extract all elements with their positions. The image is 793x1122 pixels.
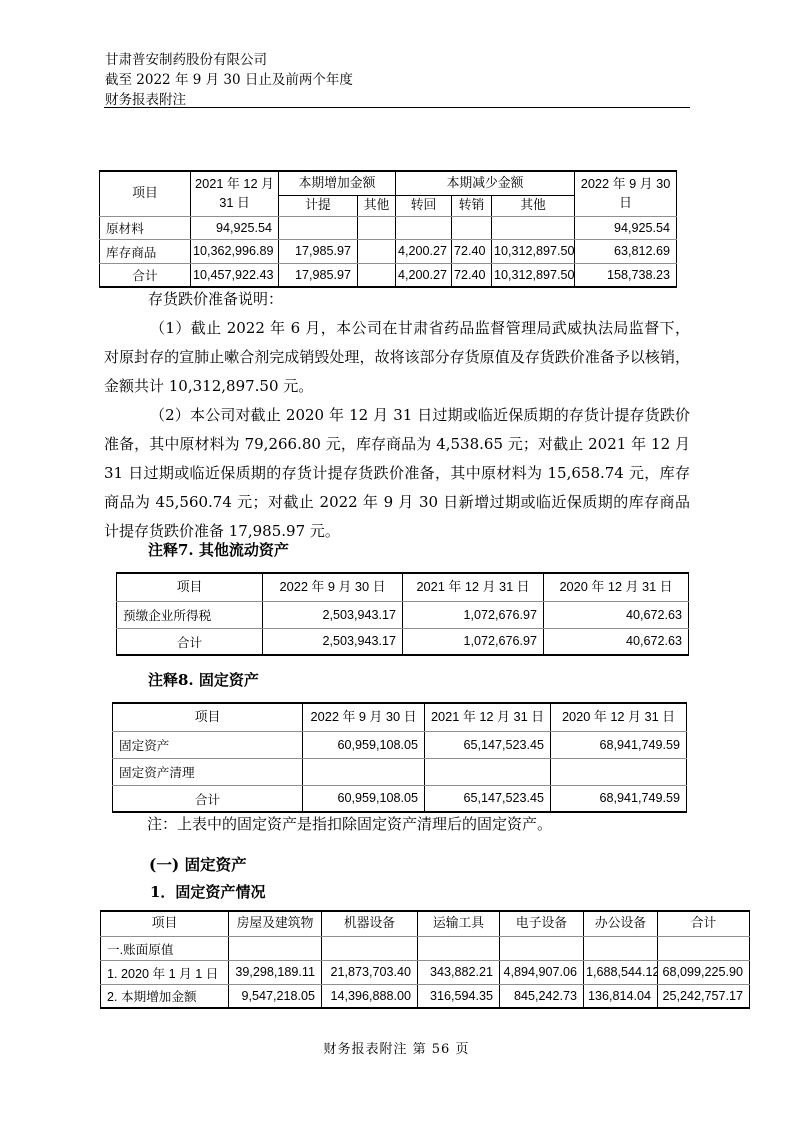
table-cell: 1,688,544.12: [584, 960, 658, 984]
table-cell: 10,457,922.43: [191, 263, 279, 287]
report-period: 截至 2022 年 9 月 30 日止及前两个年度: [105, 70, 353, 90]
column-header-accrual: 计提: [279, 195, 358, 216]
table-cell: [584, 936, 658, 960]
table-cell: 316,594.35: [418, 984, 500, 1008]
table-cell: 17,985.97: [279, 263, 358, 287]
table-header-row: 项目 2022 年 9 月 30 日 2021 年 12 月 31 日 2020…: [113, 703, 687, 731]
table-row: 原材料 94,925.54 94,925.54: [100, 216, 677, 240]
table-cell: [492, 216, 575, 240]
table-cell: 10,312,897.50: [492, 263, 575, 287]
fixed-assets-section-title: (一) 固定资产: [149, 855, 247, 875]
provision-note-1: （1）截止 2022 年 6 月，本公司在甘肃省药品监督管理局武威执法局监督下，…: [104, 314, 690, 401]
column-header: 2020 年 12 月 31 日: [551, 703, 687, 731]
column-header: 房屋及建筑物: [229, 911, 322, 936]
note7-title: 注释7. 其他流动资产: [148, 540, 289, 560]
table-cell: [452, 216, 492, 240]
column-header-item: 项目: [100, 171, 191, 216]
table-cell: 158,738.23: [575, 263, 677, 287]
provision-notes: 存货跌价准备说明： （1）截止 2022 年 6 月，本公司在甘肃省药品监督管理…: [104, 285, 690, 546]
table-row: 预缴企业所得税 2,503,943.17 1,072,676.97 40,672…: [117, 601, 689, 628]
table-cell: 10,312,897.50: [492, 240, 575, 264]
table-row: 一.账面原值: [101, 936, 750, 960]
table-cell: 一.账面原值: [101, 936, 229, 960]
table-cell: 合计: [100, 263, 191, 287]
column-header: 机器设备: [322, 911, 418, 936]
table-cell: 2,503,943.17: [263, 628, 403, 655]
table-row-total: 合计 10,457,922.43 17,985.97 4,200.27 72.4…: [100, 263, 677, 287]
column-header: 办公设备: [584, 911, 658, 936]
table-cell: 21,873,703.40: [322, 960, 418, 984]
table-cell: 9,547,218.05: [229, 984, 322, 1008]
table-cell: [551, 758, 687, 785]
table-cell: 固定资产清理: [113, 758, 303, 785]
document-page: 甘肃普安制药股份有限公司 截至 2022 年 9 月 30 日止及前两个年度 财…: [0, 0, 793, 1122]
table-cell: 2. 本期增加金额: [101, 984, 229, 1008]
table-cell: [358, 216, 396, 240]
table-cell: 4,200.27: [396, 240, 452, 264]
document-header: 甘肃普安制药股份有限公司 截至 2022 年 9 月 30 日止及前两个年度 财…: [105, 50, 353, 110]
table-row: 固定资产清理: [113, 758, 687, 785]
fixed-assets-subsection-title: 1．固定资产情况: [150, 882, 265, 902]
table-cell: 94,925.54: [575, 216, 677, 240]
table-cell: 68,941,749.59: [551, 731, 687, 758]
table-row-total: 合计 60,959,108.05 65,147,523.45 68,941,74…: [113, 785, 687, 812]
table-cell: 63,812.69: [575, 240, 677, 264]
column-header-decrease-group: 本期减少金额: [396, 171, 575, 195]
page-footer: 财务报表附注 第 56 页: [0, 1038, 793, 1057]
table-row-total: 合计 2,503,943.17 1,072,676.97 40,672.63: [117, 628, 689, 655]
table-cell: 94,925.54: [191, 216, 279, 240]
table-header-row: 项目 房屋及建筑物 机器设备 运输工具 电子设备 办公设备 合计: [101, 911, 750, 936]
table-header-row: 项目 2021 年 12 月 31 日 本期增加金额 本期减少金额 2022 年…: [100, 171, 677, 195]
column-header: 合计: [658, 911, 750, 936]
table-cell: 68,941,749.59: [551, 785, 687, 812]
table-cell: 72.40: [452, 240, 492, 264]
table-cell: 1,072,676.97: [403, 601, 544, 628]
table-row: 2. 本期增加金额 9,547,218.05 14,396,888.00 316…: [101, 984, 750, 1008]
fixed-assets-detail-table: 项目 房屋及建筑物 机器设备 运输工具 电子设备 办公设备 合计 一.账面原值 …: [100, 910, 750, 1009]
other-current-assets-table: 项目 2022 年 9 月 30 日 2021 年 12 月 31 日 2020…: [116, 572, 689, 656]
table-cell: 1,072,676.97: [403, 628, 544, 655]
table-cell: 合计: [117, 628, 263, 655]
table-cell: 4,200.27: [396, 263, 452, 287]
table-cell: [658, 936, 750, 960]
table-cell: [425, 758, 551, 785]
column-header: 电子设备: [500, 911, 584, 936]
column-header: 运输工具: [418, 911, 500, 936]
table-cell: 4,894,907.06: [500, 960, 584, 984]
table-cell: 1. 2020 年 1 月 1 日: [101, 960, 229, 984]
table-cell: 原材料: [100, 216, 191, 240]
table-cell: 68,099,225.90: [658, 960, 750, 984]
table-cell: 845,242.73: [500, 984, 584, 1008]
header-divider: [104, 107, 690, 108]
table-header-row: 项目 2022 年 9 月 30 日 2021 年 12 月 31 日 2020…: [117, 573, 689, 601]
table-row: 固定资产 60,959,108.05 65,147,523.45 68,941,…: [113, 731, 687, 758]
column-header-closing: 2022 年 9 月 30 日: [575, 171, 677, 216]
company-name: 甘肃普安制药股份有限公司: [105, 50, 353, 70]
table-cell: [229, 936, 322, 960]
column-header-increase-group: 本期增加金额: [279, 171, 396, 195]
table-cell: 60,959,108.05: [303, 731, 425, 758]
table-cell: 2,503,943.17: [263, 601, 403, 628]
table-cell: 库存商品: [100, 240, 191, 264]
column-header: 2020 年 12 月 31 日: [544, 573, 689, 601]
table-cell: 合计: [113, 785, 303, 812]
table-row: 1. 2020 年 1 月 1 日 39,298,189.11 21,873,7…: [101, 960, 750, 984]
table-cell: [322, 936, 418, 960]
table-cell: 343,882.21: [418, 960, 500, 984]
column-header: 项目: [117, 573, 263, 601]
inventory-provision-table: 项目 2021 年 12 月 31 日 本期增加金额 本期减少金额 2022 年…: [99, 170, 677, 288]
table-cell: [418, 936, 500, 960]
table-cell: 65,147,523.45: [425, 785, 551, 812]
table-cell: 固定资产: [113, 731, 303, 758]
table-cell: 25,242,757.17: [658, 984, 750, 1008]
column-header-reversal: 转回: [396, 195, 452, 216]
table-cell: [500, 936, 584, 960]
table-cell: [396, 216, 452, 240]
column-header: 2021 年 12 月 31 日: [403, 573, 544, 601]
column-header-opening: 2021 年 12 月 31 日: [191, 171, 279, 216]
table-cell: 136,814.04: [584, 984, 658, 1008]
table-cell: [358, 263, 396, 287]
column-header: 项目: [101, 911, 229, 936]
column-header-writeoff: 转销: [452, 195, 492, 216]
table-cell: 65,147,523.45: [425, 731, 551, 758]
table-cell: [303, 758, 425, 785]
column-header: 2022 年 9 月 30 日: [263, 573, 403, 601]
table-cell: 40,672.63: [544, 628, 689, 655]
table-cell: [279, 216, 358, 240]
column-header: 2021 年 12 月 31 日: [425, 703, 551, 731]
table-cell: 预缴企业所得税: [117, 601, 263, 628]
fixed-assets-note: 注：上表中的固定资产是指扣除固定资产清理后的固定资产。: [147, 814, 552, 834]
table-cell: 14,396,888.00: [322, 984, 418, 1008]
table-cell: [358, 240, 396, 264]
table-cell: 72.40: [452, 263, 492, 287]
table-cell: 39,298,189.11: [229, 960, 322, 984]
table-cell: 60,959,108.05: [303, 785, 425, 812]
table-cell: 40,672.63: [544, 601, 689, 628]
column-header: 项目: [113, 703, 303, 731]
table-cell: 10,362,996.89: [191, 240, 279, 264]
provision-note-2: （2）本公司对截止 2020 年 12 月 31 日过期或临近保质期的存货计提存…: [104, 401, 690, 546]
fixed-assets-summary-table: 项目 2022 年 9 月 30 日 2021 年 12 月 31 日 2020…: [112, 702, 687, 813]
table-cell: 17,985.97: [279, 240, 358, 264]
provision-notes-title: 存货跌价准备说明：: [104, 285, 690, 314]
note8-title: 注释8. 固定资产: [148, 670, 259, 690]
column-header-decrease-other: 其他: [492, 195, 575, 216]
column-header-increase-other: 其他: [358, 195, 396, 216]
column-header: 2022 年 9 月 30 日: [303, 703, 425, 731]
table-row: 库存商品 10,362,996.89 17,985.97 4,200.27 72…: [100, 240, 677, 264]
